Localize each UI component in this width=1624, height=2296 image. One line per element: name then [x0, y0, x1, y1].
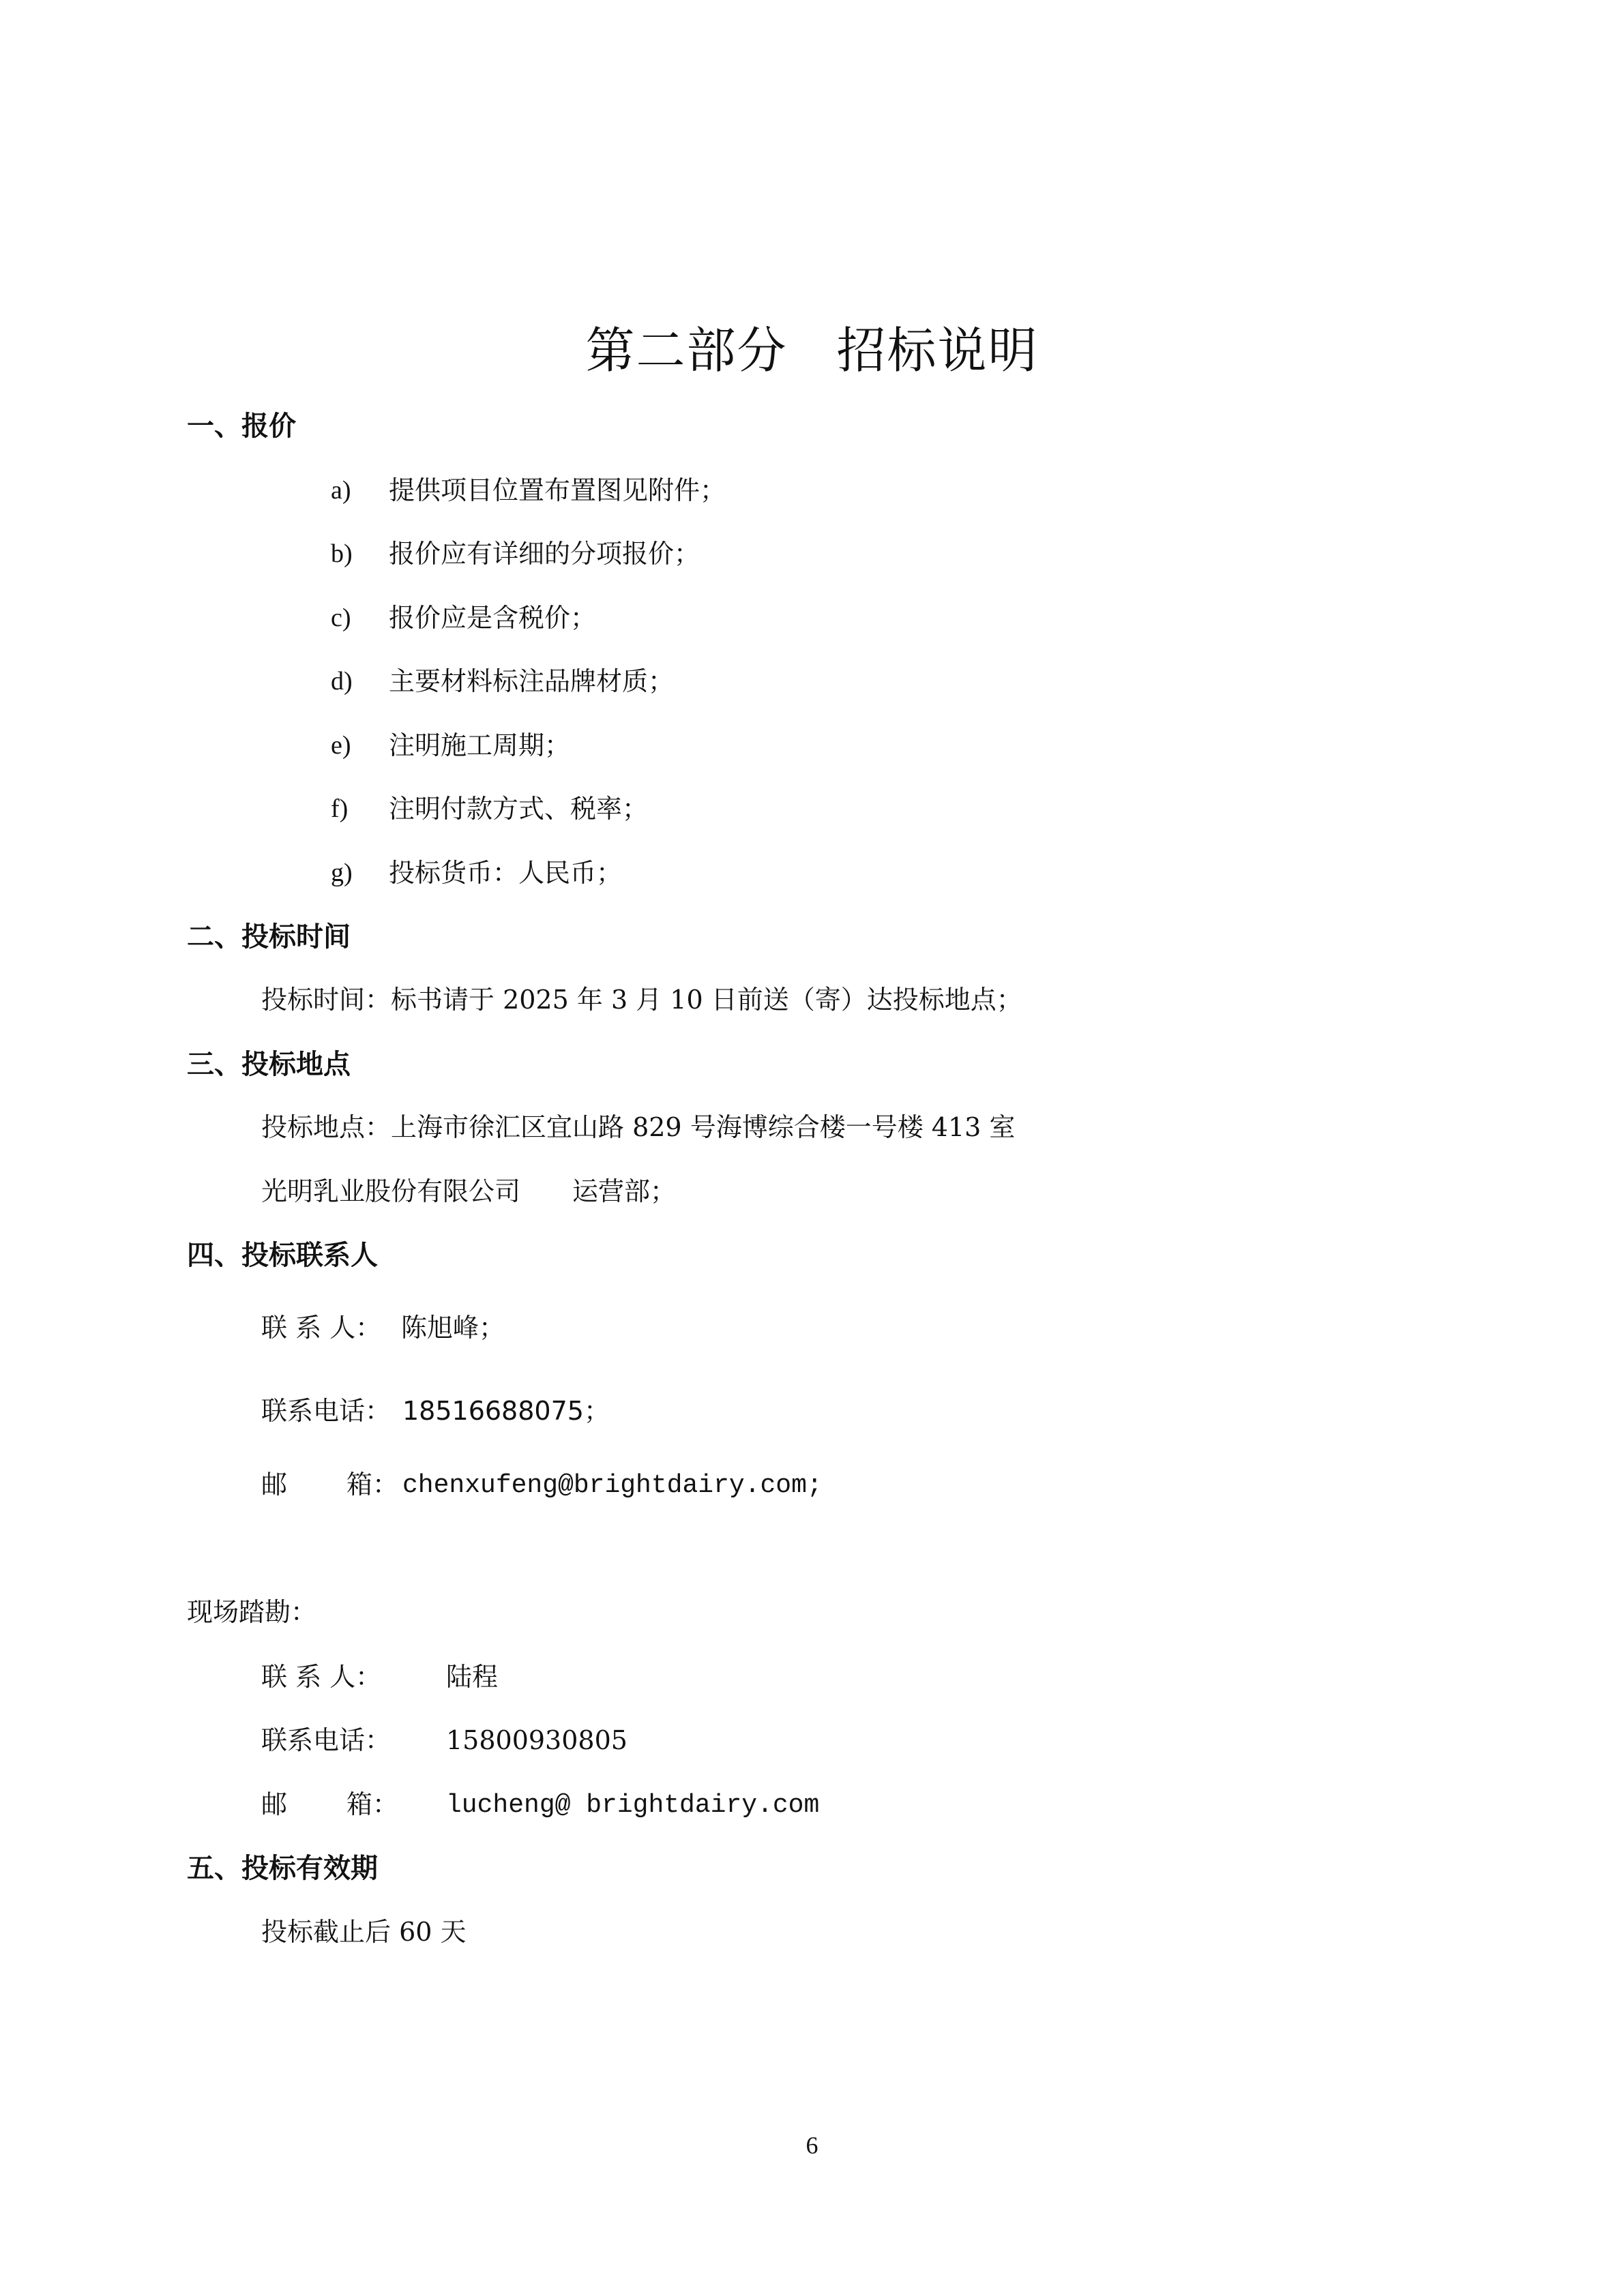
- bid-location-company: 光明乳业股份有限公司 运营部；: [261, 1178, 676, 1204]
- site-contact-phone-label: 联系电话：: [261, 1727, 391, 1753]
- list-item-label: g): [331, 860, 353, 886]
- title-part: 第二部分: [585, 322, 787, 379]
- page-title: 第二部分招标说明: [0, 326, 1624, 375]
- contact-name: 陈旭峰；: [401, 1315, 505, 1341]
- title-name: 招标说明: [837, 322, 1039, 379]
- list-item-text: 报价应是含税价；: [389, 605, 596, 631]
- section-heading-bid-location: 三、投标地点: [187, 1051, 351, 1078]
- list-item-label: e): [331, 732, 351, 758]
- contact-name-label: 联 系 人：: [261, 1315, 381, 1341]
- list-item-label: f): [331, 796, 348, 822]
- contact-email[interactable]: chenxufeng@brightdairy.com;: [402, 1473, 823, 1499]
- list-item-text: 提供项目位置布置图见附件；: [389, 477, 726, 503]
- section-heading-site-visit: 现场踏勘：: [187, 1599, 316, 1625]
- contact-phone: 18516688075；: [402, 1398, 610, 1424]
- page-number: 6: [0, 2133, 1624, 2158]
- bid-time-text: 投标时间：标书请于 2025 年 3 月 10 日前送（寄）达投标地点；: [261, 987, 1022, 1013]
- site-contact-name-label: 联 系 人：: [261, 1664, 381, 1690]
- list-item-text: 注明付款方式、税率；: [389, 796, 648, 822]
- site-contact-email-label-1: 邮: [261, 1791, 287, 1817]
- section-heading-bid-contact: 四、投标联系人: [187, 1242, 378, 1269]
- list-item-text: 投标货币：人民币；: [389, 860, 622, 886]
- contact-email-label-1: 邮: [261, 1472, 287, 1497]
- list-item-text: 主要材料标注品牌材质；: [389, 668, 674, 694]
- section-heading-quote: 一、报价: [187, 413, 296, 440]
- site-contact-email[interactable]: lucheng@ brightdairy.com: [446, 1793, 819, 1819]
- validity-text: 投标截止后 60 天: [261, 1919, 467, 1945]
- bid-location-address: 投标地点：上海市徐汇区宜山路 829 号海博综合楼一号楼 413 室: [261, 1114, 1015, 1140]
- contact-email-label-2: 箱：: [346, 1472, 398, 1497]
- section-heading-validity: 五、投标有效期: [187, 1855, 378, 1882]
- list-item-text: 注明施工周期；: [389, 732, 570, 758]
- list-item-label: b): [331, 541, 353, 567]
- list-item-label: c): [331, 605, 351, 631]
- site-contact-phone: 15800930805: [446, 1727, 628, 1753]
- list-item-text: 报价应有详细的分项报价；: [389, 541, 700, 567]
- list-item-label: d): [331, 668, 353, 694]
- section-heading-bid-time: 二、投标时间: [187, 923, 351, 951]
- site-contact-name: 陆程: [446, 1664, 498, 1690]
- contact-phone-label: 联系电话：: [261, 1398, 391, 1424]
- site-contact-email-label-2: 箱：: [346, 1791, 398, 1817]
- list-item-label: a): [331, 477, 351, 503]
